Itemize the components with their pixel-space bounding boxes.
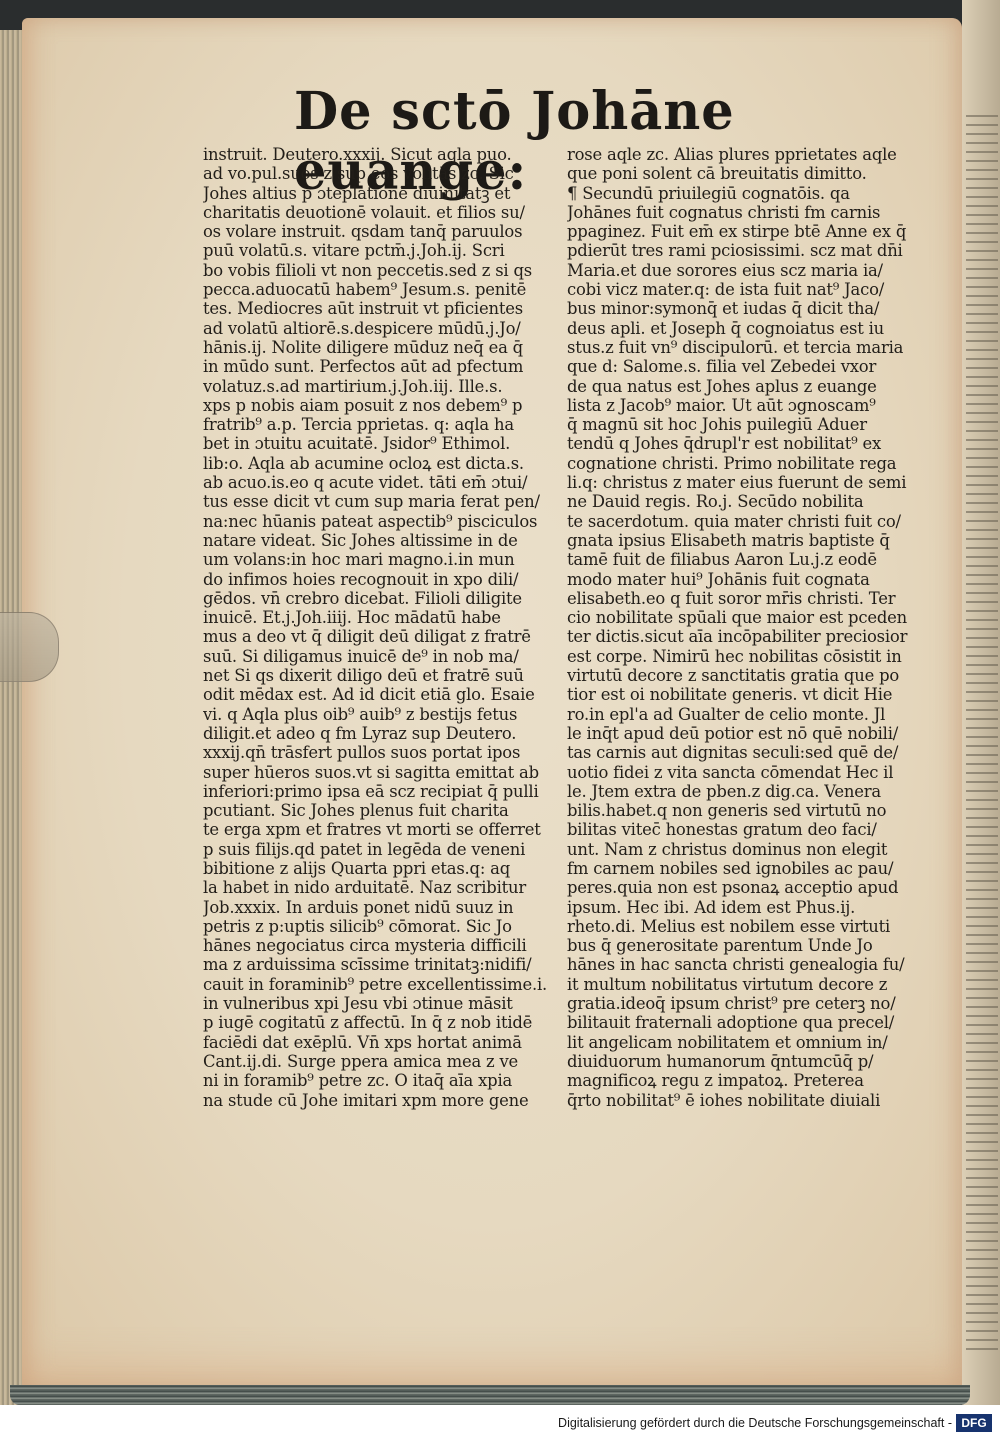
text-line: inferiori:primo ipsa eā scz recipiat q̄ … (203, 782, 558, 801)
next-page-text-ghost (966, 232, 998, 234)
text-line: faciēdi dat exēplū. Vn̄ xps hortat animā (203, 1033, 558, 1052)
next-page-text-ghost (966, 628, 998, 630)
next-page-text-ghost (966, 1159, 998, 1161)
dfg-logo-icon: DFG (956, 1414, 992, 1432)
next-page-text-ghost (966, 295, 998, 297)
next-page-text-ghost (966, 160, 998, 162)
next-page-text-ghost (966, 988, 998, 990)
text-line: tendū q Johes q̄drupl'r est nobilitat⁹ e… (567, 434, 929, 453)
next-page-text-ghost (966, 1042, 998, 1044)
next-page-text-ghost (966, 1303, 998, 1305)
next-page-text-ghost (966, 529, 998, 531)
text-line: ipsum. Hec ibi. Ad idem est Phus.ij. (567, 898, 929, 917)
text-line: fm carnem nobiles sed ignobiles ac pau/ (567, 859, 929, 878)
text-line: la habet in nido arduitatē. Naz scribitu… (203, 878, 558, 897)
next-page-text-ghost (966, 700, 998, 702)
next-page-text-ghost (966, 808, 998, 810)
text-line: ter dictis.sicut aīa incōpabiliter preci… (567, 627, 929, 646)
text-line: gēdos. vn̄ crebro dicebat. Filioli dilig… (203, 589, 558, 608)
next-page-text-ghost (966, 1132, 998, 1134)
next-page-text-ghost (966, 853, 998, 855)
text-line: bus minor:symonq̄ et iudas q̄ dicit tha/ (567, 299, 929, 318)
text-line: lit angelicam nobilitatem et omnium in/ (567, 1033, 929, 1052)
next-page-text-ghost (966, 1339, 998, 1341)
text-line: Maria.et due sorores eius scz maria ia/ (567, 261, 929, 280)
next-page-text-ghost (966, 1222, 998, 1224)
next-page-text-ghost (966, 142, 998, 144)
text-line: ni in foramib⁹ petre zc. O itaq̄ aīa xpi… (203, 1071, 558, 1090)
next-page-text-ghost (966, 1141, 998, 1143)
text-line: tus esse dicit vt cum sup maria ferat pe… (203, 492, 558, 511)
next-page-text-ghost (966, 898, 998, 900)
next-page-text-ghost (966, 286, 998, 288)
next-page-text-ghost (966, 412, 998, 414)
text-line: hānes negociatus circa mysteria difficil… (203, 936, 558, 955)
next-page-text-ghost (966, 718, 998, 720)
text-line: cobi vicz mater.q: de ista fuit nat⁹ Jac… (567, 280, 929, 299)
next-page-text-ghost (966, 1069, 998, 1071)
next-page-text-ghost (966, 979, 998, 981)
text-line: tas carnis aut dignitas seculi:sed quē d… (567, 743, 929, 762)
next-page-text-ghost (966, 430, 998, 432)
next-page-text-ghost (966, 187, 998, 189)
next-page-text-ghost (966, 448, 998, 450)
next-page-text-ghost (966, 169, 998, 171)
next-page-text-ghost (966, 331, 998, 333)
next-page-text-ghost (966, 466, 998, 468)
text-line: do infimos hoies recognouit in xpo dili/ (203, 570, 558, 589)
text-line: Job.xxxix. In arduis ponet nidū suuz in (203, 898, 558, 917)
next-page-text-ghost (966, 574, 998, 576)
next-page-text-ghost (966, 709, 998, 711)
next-page-text-ghost (966, 772, 998, 774)
next-page-text-ghost (966, 925, 998, 927)
text-line: stus.z fuit vn⁹ discipulorū. et tercia m… (567, 338, 929, 357)
next-page-text-ghost (966, 124, 998, 126)
text-line: q̄ magnū sit hoc Johis puilegiū Aduer (567, 415, 929, 434)
text-line: charitatis deuotionē volauit. et filios … (203, 203, 558, 222)
text-line: xps p nobis aiam posuit z nos debem⁹ p (203, 396, 558, 415)
next-page-text-ghost (966, 646, 998, 648)
next-page-text-ghost (966, 907, 998, 909)
text-line: cio nobilitate spūali que maior est pced… (567, 608, 929, 627)
text-line: tior est oi nobilitate generis. vt dicit… (567, 685, 929, 704)
next-page-text-ghost (966, 997, 998, 999)
text-line: bo vobis filioli vt non peccetis.sed z s… (203, 261, 558, 280)
footer-bar: Digitalisierung gefördert durch die Deut… (0, 1405, 1000, 1441)
next-page-text-ghost (966, 1285, 998, 1287)
next-page-text-ghost (966, 178, 998, 180)
next-page-text-ghost (966, 385, 998, 387)
next-page-text-ghost (966, 943, 998, 945)
next-page-text-ghost (966, 457, 998, 459)
text-line: hānis.ij. Nolite diligere mūduz neq̄ ea … (203, 338, 558, 357)
next-page-text-ghost (966, 340, 998, 342)
text-line: ¶ Secundū priuilegiū cognatōis. qa (567, 184, 929, 203)
next-page-text-ghost (966, 1078, 998, 1080)
next-page-text-ghost (966, 151, 998, 153)
next-page-text-ghost (966, 1330, 998, 1332)
text-line: volatuz.s.ad martirium.j.Joh.iij. Ille.s… (203, 377, 558, 396)
next-page-text-ghost (966, 223, 998, 225)
text-line: bilitauit fraternali adoptione qua prece… (567, 1013, 929, 1032)
next-page-text-ghost (966, 1186, 998, 1188)
text-line: in vulneribus xpi Jesu vbi ɔtinue māsit (203, 994, 558, 1013)
next-page-text-ghost (966, 691, 998, 693)
text-line: tes. Mediocres aūt instruit vt pficiente… (203, 299, 558, 318)
text-line: virtutū decore z sanctitatis gratia que … (567, 666, 929, 685)
text-line: odit mēdax est. Ad id dicit etiā glo. Es… (203, 685, 558, 704)
text-line: gnata ipsius Elisabeth matris baptiste q… (567, 531, 929, 550)
funding-credit: Digitalisierung gefördert durch die Deut… (558, 1416, 952, 1430)
next-page-text-ghost (966, 322, 998, 324)
next-page-text-ghost (966, 583, 998, 585)
next-page-text-ghost (966, 304, 998, 306)
next-page-text-ghost (966, 1150, 998, 1152)
text-line: na:nec hūanis pateat aspectib⁹ pisciculo… (203, 512, 558, 531)
next-page-text-ghost (966, 1213, 998, 1215)
text-line: que poni solent cā breuitatis dimitto. (567, 164, 929, 183)
text-line: pecca.aduocatū habem⁹ Jesum.s. penitē (203, 280, 558, 299)
text-line: ro.in epl'a ad Gualter de celio monte. J… (567, 705, 929, 724)
next-page-text-ghost (966, 1276, 998, 1278)
text-line: de qua natus est Johes aplus z euange (567, 377, 929, 396)
text-line: li.q: christus z mater eius fuerunt de s… (567, 473, 929, 492)
next-page-text-ghost (966, 1114, 998, 1116)
next-page-text-ghost (966, 520, 998, 522)
text-line: inuicē. Et.j.Joh.iiij. Hoc mādatū habe (203, 608, 558, 627)
next-page-text-ghost (966, 268, 998, 270)
text-line: uotio fidei z vita sancta cōmendat Hec i… (567, 763, 929, 782)
text-line: te sacerdotum. quia mater christi fuit c… (567, 512, 929, 531)
next-page-text-ghost (966, 1033, 998, 1035)
text-line: Johānes fuit cognatus christi fm carnis (567, 203, 929, 222)
next-page-text-ghost (966, 115, 998, 117)
next-page-text-ghost (966, 601, 998, 603)
next-page-text-ghost (966, 403, 998, 405)
text-line: rheto.di. Melius est nobilem esse virtut… (567, 917, 929, 936)
next-page-text-ghost (966, 790, 998, 792)
next-page-text-ghost (966, 493, 998, 495)
next-page-text-ghost (966, 439, 998, 441)
next-page-text-ghost (966, 1312, 998, 1314)
next-page-text-ghost (966, 1294, 998, 1296)
text-line: mus a deo vt q̄ diligit deū diligat z fr… (203, 627, 558, 646)
next-page-text-ghost (966, 1267, 998, 1269)
left-text-column: instruit. Deutero.xxxij. Sicut aqla puo.… (203, 145, 558, 1110)
text-line: puū volatū.s. vitare pctm̄.j.Joh.ij. Scr… (203, 241, 558, 260)
next-page-text-ghost (966, 916, 998, 918)
text-line: bibitione z alijs Quarta ppri etas.q: aq (203, 859, 558, 878)
text-line: lib:o. Aqla ab acumine ocloꝝ est dicta.s… (203, 454, 558, 473)
text-line: Johes altius p ɔteplationē diuinitatꝫ et (203, 184, 558, 203)
next-page-text-ghost (966, 754, 998, 756)
text-line: natare videat. Sic Johes altissime in de (203, 531, 558, 550)
next-page-text-ghost (966, 556, 998, 558)
text-line: petris z p:uptis silicib⁹ cōmorat. Sic J… (203, 917, 558, 936)
next-page-text-ghost (966, 970, 998, 972)
next-page-text-ghost (966, 781, 998, 783)
text-line: diuiduorum humanorum q̄ntumcūq̄ p/ (567, 1052, 929, 1071)
next-page-text-ghost (966, 961, 998, 963)
next-page-text-ghost (966, 1258, 998, 1260)
next-page-text-ghost (966, 610, 998, 612)
text-line: est corpe. Nimirū hec nobilitas cōsistit… (567, 647, 929, 666)
text-line: ma z arduissima scīssime trinitatꝫ:nidif… (203, 955, 558, 974)
text-line: bilitas vitec̄ honestas gratum deo faci/ (567, 820, 929, 839)
next-page-text-ghost (966, 196, 998, 198)
text-line: q̄rto nobilitat⁹ ē iohes nobilitate diui… (567, 1091, 929, 1110)
text-line: gratia.ideoq̄ ipsum christ⁹ pre ceterꝫ n… (567, 994, 929, 1013)
text-line: magnificoꝝ regu z impatoꝝ. Preterea (567, 1071, 929, 1090)
text-line: super hūeros suos.vt si sagitta emittat … (203, 763, 558, 782)
next-page-text-ghost (966, 349, 998, 351)
next-page-text-ghost (966, 673, 998, 675)
next-page-text-ghost (966, 637, 998, 639)
next-page-text-ghost (966, 826, 998, 828)
text-line: pcutiant. Sic Johes plenus fuit charita (203, 801, 558, 820)
text-line: um volans:in hoc mari magno.i.in mun (203, 550, 558, 569)
text-line: modo mater hui⁹ Johānis fuit cognata (567, 570, 929, 589)
next-page-text-ghost (966, 655, 998, 657)
next-page-text-ghost (966, 394, 998, 396)
scanned-page-area: De sctō Johāne euange: instruit. Deutero… (0, 0, 1000, 1405)
next-page-text-ghost (966, 565, 998, 567)
text-line: unt. Nam z christus dominus non elegit (567, 840, 929, 859)
text-line: tamē fuit de filiabus Aaron Lu.j.z eodē (567, 550, 929, 569)
next-page-text-ghost (966, 421, 998, 423)
text-line: bet in ɔtuitu acuitatē. Jsidor⁹ Ethimol. (203, 434, 558, 453)
text-line: p iugē cogitatū z affectū. In q̄ z nob i… (203, 1013, 558, 1032)
text-line: net Si qs dixerit diligo deū et fratrē s… (203, 666, 558, 685)
next-page-text-ghost (966, 835, 998, 837)
next-page-text-ghost (966, 844, 998, 846)
text-line: le. Jtem extra de pben.z dig.ca. Venera (567, 782, 929, 801)
next-page-text-ghost (966, 277, 998, 279)
bookmark-clip (0, 612, 59, 682)
next-page-text-ghost (966, 502, 998, 504)
next-page-text-ghost (966, 358, 998, 360)
text-line: le inq̄t apud deū potior est nō quē nobi… (567, 724, 929, 743)
text-line: in mūdo sunt. Perfectos aūt ad pfectum (203, 357, 558, 376)
text-line: cauit in foraminib⁹ petre excellentissim… (203, 975, 558, 994)
next-page-text-ghost (966, 1051, 998, 1053)
text-line: suū. Si diligamus inuicē de⁹ in nob ma/ (203, 647, 558, 666)
text-line: Cant.ij.di. Surge ppera amica mea z ve (203, 1052, 558, 1071)
text-line: hānes in hac sancta christi genealogia f… (567, 955, 929, 974)
next-page-text-ghost (966, 259, 998, 261)
next-page-text-ghost (966, 511, 998, 513)
next-page-text-ghost (966, 682, 998, 684)
next-page-text-ghost (966, 484, 998, 486)
next-page-text-ghost (966, 1006, 998, 1008)
next-page-edge (962, 0, 1000, 1405)
text-line: na stude cū Johe imitari xpm more gene (203, 1091, 558, 1110)
text-line: fratrib⁹ a.p. Tercia pprietas. q: aqla h… (203, 415, 558, 434)
next-page-text-ghost (966, 1240, 998, 1242)
text-line: deus apli. et Joseph q̄ cognoiatus est i… (567, 319, 929, 338)
next-page-text-ghost (966, 619, 998, 621)
next-page-text-ghost (966, 1249, 998, 1251)
next-page-text-ghost (966, 1105, 998, 1107)
next-page-text-ghost (966, 214, 998, 216)
next-page-text-ghost (966, 241, 998, 243)
next-page-text-ghost (966, 1087, 998, 1089)
text-line: ab acuo.is.eo q acute videt. tāti em̄ ɔt… (203, 473, 558, 492)
text-line: ad vo.pul.suos z sup eos volitās zc. Sic (203, 164, 558, 183)
next-page-text-ghost (966, 862, 998, 864)
text-line: os volare instruit. qsdam tanq̄ paruulos (203, 222, 558, 241)
next-page-text-ghost (966, 1060, 998, 1062)
next-page-text-ghost (966, 763, 998, 765)
right-text-column: rose aqle zc. Alias plures pprietates aq… (567, 145, 929, 1110)
next-page-text-ghost (966, 1348, 998, 1350)
next-page-text-ghost (966, 1177, 998, 1179)
text-line: te erga xpm et fratres vt morti se offer… (203, 820, 558, 839)
next-page-text-ghost (966, 592, 998, 594)
next-page-text-ghost (966, 817, 998, 819)
next-page-text-ghost (966, 880, 998, 882)
text-line: xxxij.qn̄ trāsfert pullos suos portat ip… (203, 743, 558, 762)
next-page-text-ghost (966, 871, 998, 873)
next-page-text-ghost (966, 1195, 998, 1197)
next-page-text-ghost (966, 1231, 998, 1233)
text-line: cognatione christi. Primo nobilitate reg… (567, 454, 929, 473)
next-page-text-ghost (966, 664, 998, 666)
text-line: it multum nobilitatus virtutum decore z (567, 975, 929, 994)
next-page-text-ghost (966, 727, 998, 729)
next-page-text-ghost (966, 889, 998, 891)
text-line: ppaginez. Fuit em̄ ex stirpe btē Anne ex… (567, 222, 929, 241)
next-page-text-ghost (966, 736, 998, 738)
text-line: p suis filijs.qd̄ patet in legēda de ven… (203, 840, 558, 859)
text-line: elisabeth.eo q fuit soror mr̄is christi.… (567, 589, 929, 608)
text-line: peres.quia non est psonaꝝ acceptio apud (567, 878, 929, 897)
page-edges-bottom (10, 1385, 970, 1405)
next-page-text-ghost (966, 367, 998, 369)
text-line: lista z Jacob⁹ maior. Ut aūt ɔgnoscam⁹ (567, 396, 929, 415)
next-page-text-ghost (966, 799, 998, 801)
text-line: vi. q Aqla plus oib⁹ auib⁹ z bestijs fet… (203, 705, 558, 724)
text-line: ad volatū altiorē.s.despicere mūdū.j.Jo/ (203, 319, 558, 338)
next-page-text-ghost (966, 250, 998, 252)
next-page-text-ghost (966, 1168, 998, 1170)
next-page-text-ghost (966, 745, 998, 747)
next-page-text-ghost (966, 1204, 998, 1206)
next-page-text-ghost (966, 313, 998, 315)
text-line: instruit. Deutero.xxxij. Sicut aqla puo. (203, 145, 558, 164)
next-page-text-ghost (966, 1024, 998, 1026)
text-line: pdierūt tres rami pciosissimi. scz mat d… (567, 241, 929, 260)
next-page-text-ghost (966, 547, 998, 549)
next-page-text-ghost (966, 205, 998, 207)
next-page-text-ghost (966, 133, 998, 135)
next-page-text-ghost (966, 952, 998, 954)
text-line: que d: Salome.s. filia vel Zebedei vxor (567, 357, 929, 376)
next-page-text-ghost (966, 1123, 998, 1125)
text-line: rose aqle zc. Alias plures pprietates aq… (567, 145, 929, 164)
text-line: diligit.et adeo q fm Lyraz sup Deutero. (203, 724, 558, 743)
next-page-text-ghost (966, 538, 998, 540)
text-line: bus q̄ generositate parentum Unde Jo (567, 936, 929, 955)
next-page-text-ghost (966, 1015, 998, 1017)
text-line: bilis.habet.q non generis sed virtutū no (567, 801, 929, 820)
next-page-text-ghost (966, 475, 998, 477)
text-line: ne Dauid regis. Ro.j. Secūdo nobilita (567, 492, 929, 511)
next-page-text-ghost (966, 1321, 998, 1323)
next-page-text-ghost (966, 376, 998, 378)
next-page-text-ghost (966, 934, 998, 936)
next-page-text-ghost (966, 1096, 998, 1098)
